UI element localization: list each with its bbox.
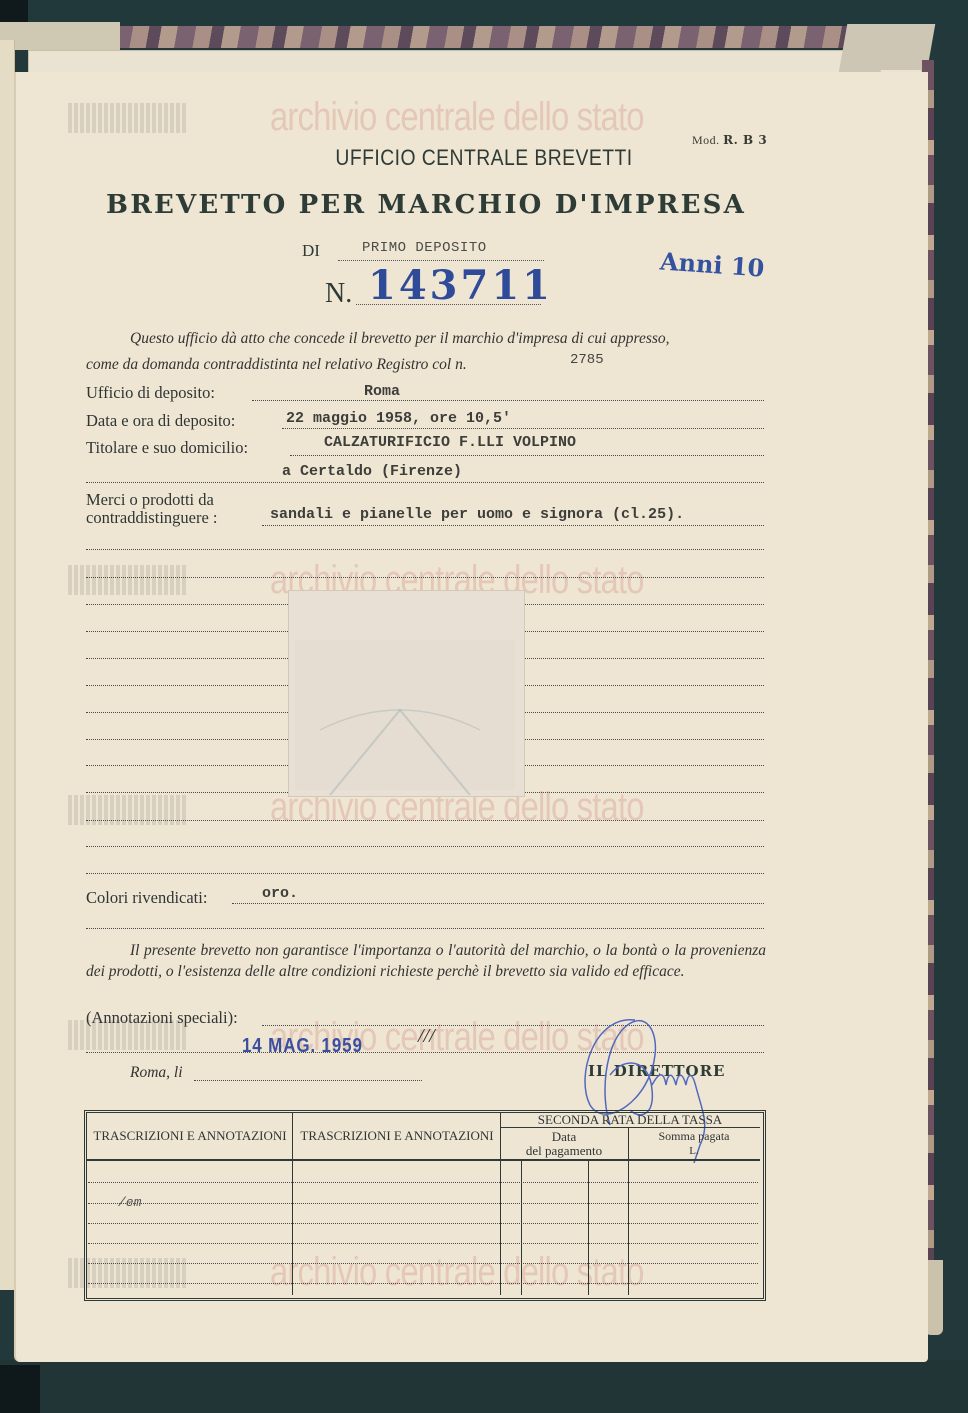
- document-title: BREVETTO PER MARCHIO D'IMPRESA: [86, 190, 766, 220]
- date-value: 22 maggio 1958, ore 10,5': [286, 410, 511, 427]
- holder-line: [290, 455, 764, 456]
- table-header-date-2: del pagamento: [500, 1143, 628, 1159]
- watermark-logo: [68, 103, 188, 133]
- blank-line: [86, 820, 764, 821]
- annotation-marks: ///: [418, 1025, 435, 1048]
- holder-value: CALZATURIFICIO F.LLI VOLPINO: [324, 434, 576, 451]
- deposit-type-value: PRIMO DEPOSITO: [362, 240, 487, 256]
- deposit-type-label: DI: [302, 241, 320, 261]
- specimen-faded-triangle-icon: [300, 690, 500, 800]
- goods-value: sandali e pianelle per uomo e signora (c…: [270, 506, 684, 523]
- table-row-line: [88, 1182, 758, 1183]
- intro-line-1: Questo ufficio dà atto che concede il br…: [130, 330, 670, 348]
- blank-line: [86, 577, 764, 578]
- patent-number: 143711: [368, 262, 553, 309]
- cloth-corner-left: [0, 22, 120, 50]
- deposit-type-line: [338, 260, 544, 261]
- patent-number-label: N.: [325, 278, 352, 310]
- book-cover-bottom: [0, 1360, 968, 1413]
- holder-address-line: [86, 482, 764, 483]
- goods-line: [262, 525, 764, 526]
- date-stamp: 14 MAG. 1959: [242, 1035, 363, 1058]
- page-fold-left: [0, 40, 15, 1290]
- disclaimer-text: Il presente brevetto non garantisce l'im…: [86, 940, 766, 982]
- office-value: Roma: [364, 383, 400, 400]
- watermark-text: archivio centrale dello stato: [270, 95, 644, 140]
- table-header-currency: L.: [628, 1145, 760, 1157]
- table-row-line: [88, 1283, 758, 1284]
- blank-line: [86, 873, 764, 874]
- blank-line: [86, 928, 764, 929]
- book-cover-bottom-shadow: [0, 1365, 40, 1413]
- table-divider: [521, 1160, 522, 1295]
- holder-address: a Certaldo (Firenze): [282, 463, 462, 480]
- office-label: Ufficio di deposito:: [86, 383, 215, 403]
- annotations-label: (Annotazioni speciali):: [86, 1008, 238, 1028]
- table-header-amount: Somma pagata: [628, 1129, 760, 1144]
- date-label: Data e ora di deposito:: [86, 411, 235, 431]
- place-date-line: [194, 1080, 422, 1081]
- watermark-logo: [68, 565, 188, 595]
- colors-value: oro.: [262, 885, 298, 902]
- goods-label-2: contraddistinguere :: [86, 508, 218, 528]
- blank-line: [86, 846, 764, 847]
- blank-line: [86, 549, 764, 550]
- holder-label: Titolare e suo domicilio:: [86, 438, 248, 458]
- date-line: [282, 428, 764, 429]
- table-entry: /em: [118, 1195, 141, 1210]
- table-header-rule: [86, 1159, 760, 1161]
- marbled-edge-top: [115, 26, 855, 48]
- table-header-transcriptions-2: TRASCRIZIONI E ANNOTAZIONI: [294, 1128, 500, 1144]
- office-line: [252, 400, 764, 401]
- table-row-line: [88, 1223, 758, 1224]
- colors-line: [232, 903, 764, 904]
- table-header-second-tax: SECONDA RATA DELLA TASSA: [500, 1112, 760, 1128]
- register-number: 2785: [570, 352, 604, 368]
- table-divider: [588, 1160, 589, 1295]
- table-header-transcriptions-1: TRASCRIZIONI E ANNOTAZIONI: [88, 1128, 292, 1144]
- place-label: Roma, li: [130, 1064, 183, 1082]
- table-row-line: [88, 1203, 758, 1204]
- table-row-line: [88, 1263, 758, 1264]
- goods-label-1: Merci o prodotti da: [86, 490, 214, 510]
- colors-label: Colori rivendicati:: [86, 888, 207, 908]
- table-row-line: [88, 1243, 758, 1244]
- intro-line-2: come da domanda contraddistinta nel rela…: [86, 356, 467, 374]
- office-heading: UFFICIO CENTRALE BREVETTI: [58, 145, 910, 171]
